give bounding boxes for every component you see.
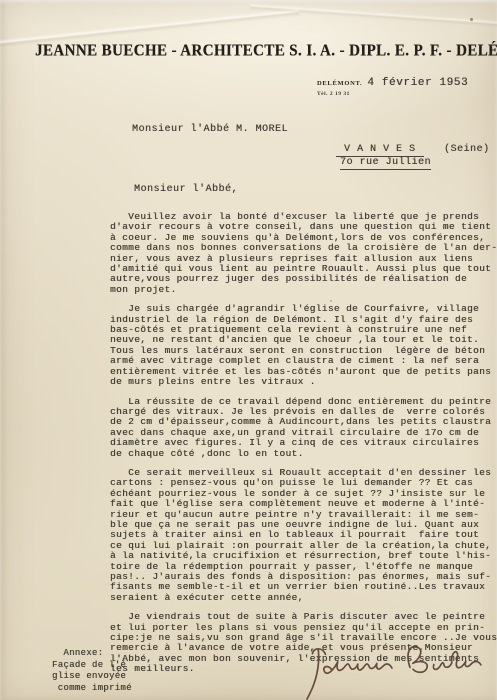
letterhead-place-label: DELÉMONT. bbox=[317, 80, 362, 87]
salutation: Monsieur l'Abbé, bbox=[134, 184, 238, 195]
ink-speck bbox=[470, 18, 473, 21]
letter-date: 4 février 1953 bbox=[367, 77, 468, 89]
recipient-city: V A N V E S bbox=[336, 144, 424, 157]
letter-body: Veuillez avoir la bonté d'excuser la lib… bbox=[110, 212, 497, 684]
handwritten-signature bbox=[291, 635, 493, 700]
paragraph-3: La réussite de ce travail dépend donc en… bbox=[110, 397, 497, 459]
paper-crease-right bbox=[249, 0, 497, 37]
letterhead-title: JEANNE BUECHE - ARCHITECTE S. I. A. - DI… bbox=[35, 42, 497, 61]
recipient-name: Monsieur l'Abbé M. MOREL bbox=[132, 124, 288, 135]
paragraph-2: Je suis chargée d'agrandir l'église de C… bbox=[110, 304, 497, 387]
recipient-street: 7o rue Jullien bbox=[340, 157, 431, 170]
dateline: DELÉMONT. 4 février 1953 bbox=[317, 77, 468, 89]
paragraph-1: Veuillez avoir la bonté d'excuser la lib… bbox=[110, 212, 497, 295]
recipient-department: (Seine) bbox=[444, 144, 490, 155]
recipient-city-line: V A N V E S (Seine) bbox=[336, 144, 490, 155]
annexe-note: Annexe: Façade de l'é glise envoyée comm… bbox=[52, 648, 132, 694]
letter-page: JEANNE BUECHE - ARCHITECTE S. I. A. - DI… bbox=[0, 0, 497, 700]
letterhead-phone: Tél. 2 19 31 bbox=[317, 91, 350, 97]
paragraph-4: Ce serait merveilleux si Rouault accepta… bbox=[110, 468, 497, 603]
